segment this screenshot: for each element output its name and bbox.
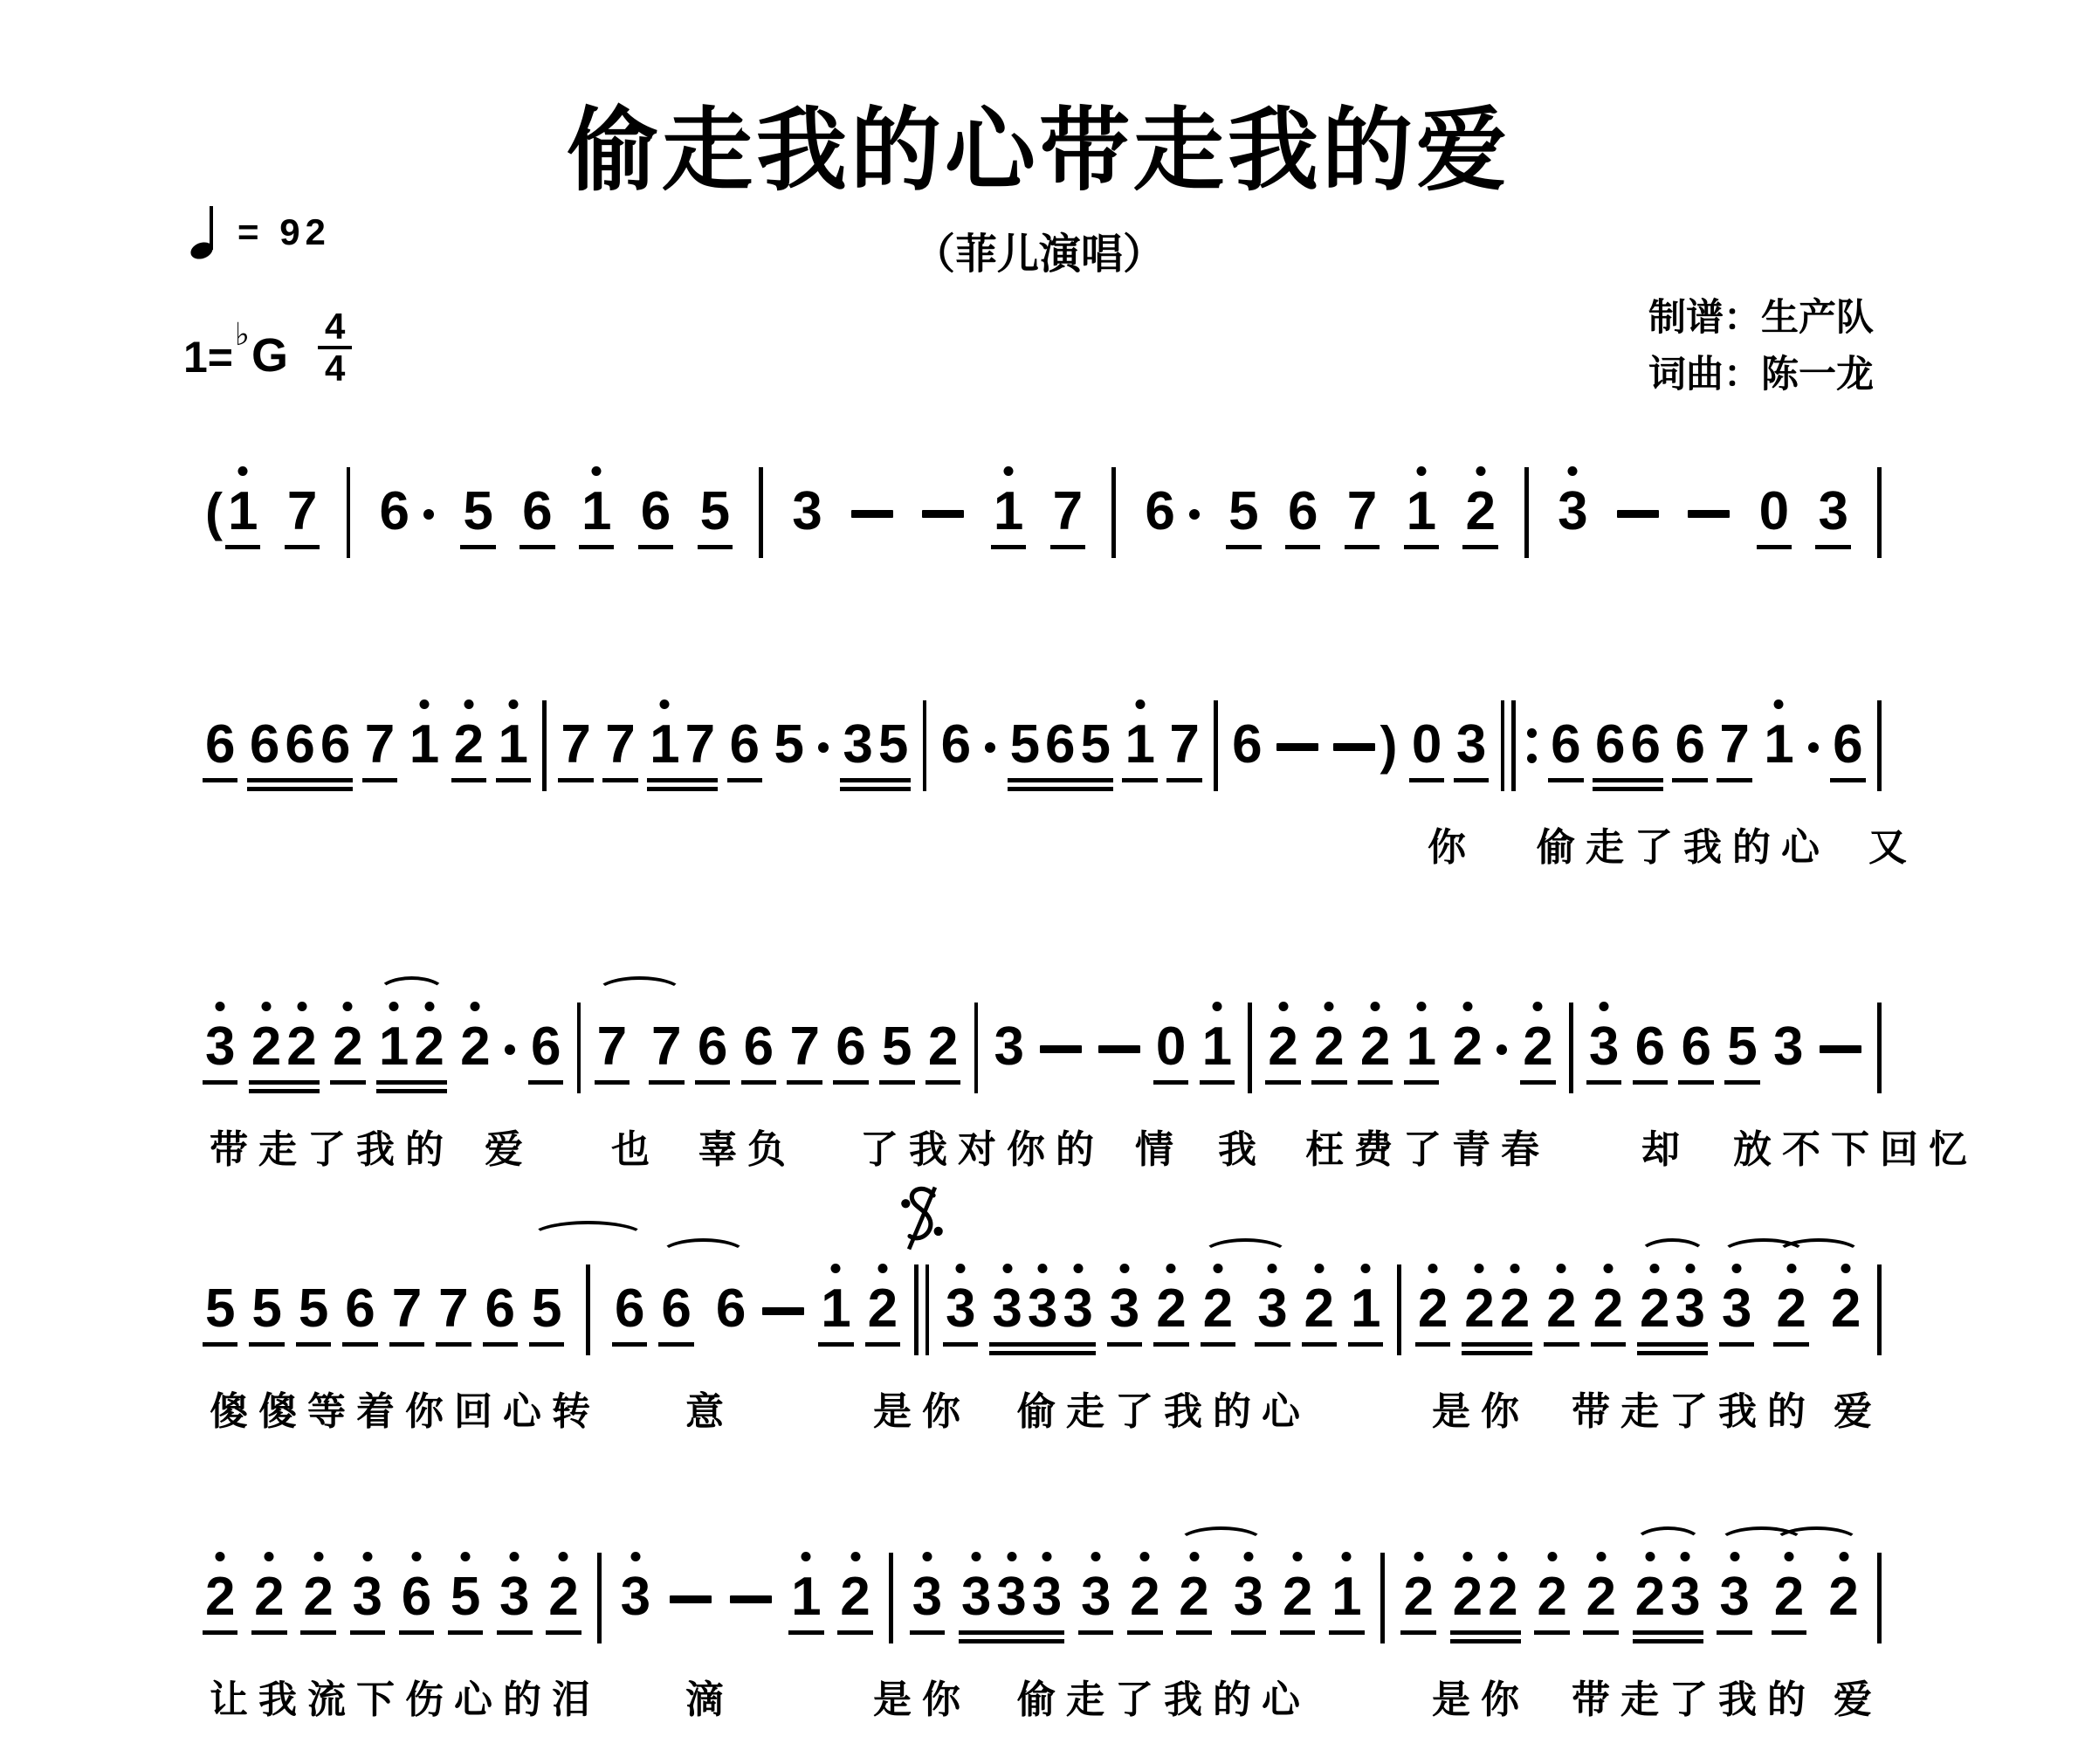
note-group: 66 [1595, 718, 1661, 772]
time-signature: 4 4 [318, 307, 352, 388]
octave-dot [1596, 1552, 1606, 1561]
credit-composer: 词曲：陈一龙 [1648, 347, 1874, 403]
note-digit: 2 [1831, 1282, 1861, 1336]
note-digit: 5 [1081, 718, 1111, 772]
underline [362, 778, 397, 782]
lyric-segment: 偷走了我的心 [1017, 1668, 1311, 1724]
barline [597, 1553, 602, 1643]
octave-dot [1498, 1552, 1508, 1561]
note-cell: 6 [402, 1570, 431, 1624]
duration-dash [1617, 510, 1659, 518]
note-cell: 2 [1776, 1282, 1806, 1336]
note-cell: 6 [1045, 718, 1075, 772]
note-cell: 2 [1203, 1282, 1233, 1336]
barline [1248, 1003, 1252, 1093]
note-digit: 6 [1232, 718, 1262, 772]
note-digit: 2 [1464, 1282, 1494, 1336]
note-cell: 6 [941, 718, 995, 772]
underline [203, 1630, 237, 1635]
note-cell: 5 [1081, 718, 1111, 772]
note-cell: 6 [641, 485, 671, 539]
note-cell: 3 [1257, 1282, 1287, 1336]
note-digit: 2 [1203, 1282, 1233, 1336]
note-digit: 6 [345, 1282, 375, 1336]
underline [528, 1080, 563, 1085]
note-digit: 2 [1546, 1282, 1576, 1336]
octave-dot [1042, 1552, 1052, 1561]
note-cell: 2 [840, 1570, 870, 1624]
lyric-segment: 爱 [1834, 1668, 1882, 1724]
slur-arc [1638, 1238, 1707, 1271]
octave-dot [1475, 1264, 1484, 1273]
note-digit: 6 [531, 1020, 561, 1074]
note-cell: 7 [789, 1020, 819, 1074]
notes-row: 66667121771765356565176)036666716 [205, 718, 1882, 772]
underline [818, 1342, 853, 1347]
octave-dot [1278, 1002, 1288, 1011]
note-digit: 2 [1523, 1020, 1552, 1074]
note-cell: 1 [379, 1020, 409, 1074]
underline [285, 545, 320, 549]
note-cell: 2 [1523, 1020, 1552, 1074]
octave-dot [1547, 1552, 1557, 1561]
octave-dot [1510, 1264, 1519, 1273]
octave-dot [1293, 1552, 1303, 1561]
note-digit: 2 [840, 1570, 870, 1624]
note-group: 77 [597, 1020, 682, 1074]
note-digit: 6 [1595, 718, 1625, 772]
note-cell: 2 [205, 1570, 235, 1624]
note-digit: 3 [1589, 1020, 1619, 1074]
lyric-segment: 爱 [1834, 1380, 1882, 1436]
underline [959, 1639, 1064, 1643]
duration-dash [922, 510, 964, 518]
note-digit: 2 [1465, 485, 1495, 539]
lyric-segment: 带走了我的 [1572, 1668, 1816, 1724]
underline [1724, 1080, 1759, 1085]
underline [1637, 1342, 1708, 1347]
octave-dot [1002, 1264, 1012, 1273]
note-digit: 6 [402, 1570, 431, 1624]
note-cell: 3 [1081, 1570, 1111, 1624]
note-cell: 3 [946, 1282, 975, 1336]
underline [1462, 1342, 1532, 1347]
underline [1400, 1630, 1435, 1635]
note-digit: 5 [1010, 718, 1040, 772]
underline [1008, 778, 1113, 782]
note-cell: 1 [1202, 1020, 1232, 1074]
barline [1877, 700, 1882, 791]
note-digit: 6 [522, 485, 552, 539]
underline [638, 545, 673, 549]
note-cell: 2 [1464, 1282, 1494, 1336]
note-cell: 6 [205, 718, 235, 772]
underline [1231, 1630, 1266, 1635]
note-cell: 6 [1145, 485, 1199, 539]
time-signature-bottom: 4 [318, 346, 352, 388]
underline [1348, 1342, 1383, 1347]
note-digit: 2 [286, 1020, 316, 1074]
slur-arc [659, 1238, 747, 1271]
lyric-segment: 偷走了我的心 [1017, 1380, 1311, 1436]
note-digit: 3 [621, 1570, 650, 1624]
underline [833, 1080, 868, 1085]
system-line-1: (17656165317656712303 [0, 485, 2078, 539]
octave-dot [216, 1552, 225, 1561]
note-digit: 7 [1169, 718, 1199, 772]
octave-dot [238, 466, 248, 476]
underline [865, 1342, 900, 1347]
octave-dot [831, 1264, 841, 1273]
slur-arc [530, 1221, 646, 1254]
note-cell: 1 [581, 485, 611, 539]
underline [249, 1080, 320, 1085]
flat-icon: ♭ [235, 317, 250, 353]
lyric-segment: 爱 [485, 1118, 533, 1174]
note-digit: 3 [1818, 485, 1847, 539]
note-digit: 6 [716, 1282, 746, 1336]
barline [923, 700, 927, 791]
underline [1404, 545, 1439, 549]
note-cell: 3 [1773, 1020, 1803, 1074]
underline [787, 1080, 822, 1085]
underline [350, 1630, 385, 1635]
barline [889, 1553, 893, 1643]
note-cell: 5 [532, 1282, 561, 1336]
note-digit: 6 [1288, 485, 1318, 539]
note-digit: 6 [1635, 1020, 1665, 1074]
note-cell: 6 [1635, 1020, 1665, 1074]
note-digit: 1 [994, 485, 1023, 539]
note-cell: 3 [1719, 1570, 1749, 1624]
octave-dot [362, 1552, 372, 1561]
note-digit: 1 [791, 1570, 821, 1624]
lyric-segment: 带走了我的 [210, 1118, 454, 1174]
note-digit: 1 [228, 485, 258, 539]
note-cell: 7 [597, 1020, 627, 1074]
underline [1815, 545, 1850, 549]
note-digit: 5 [532, 1282, 561, 1336]
augmentation-dot [1497, 1044, 1507, 1055]
note-digit: 3 [792, 485, 822, 539]
duration-dash [1040, 1045, 1082, 1053]
underline [658, 1342, 693, 1347]
note-cell: 2 [454, 718, 484, 772]
underline [612, 1342, 647, 1347]
duration-dash [1276, 743, 1318, 751]
underline [436, 1342, 471, 1347]
note-digit: 7 [1053, 485, 1083, 539]
underline [1050, 545, 1085, 549]
note-digit: 3 [1081, 1570, 1111, 1624]
octave-dot [1600, 1002, 1609, 1011]
note-digit: 6 [698, 1020, 727, 1074]
note-digit: 5 [299, 1282, 328, 1336]
underline [1717, 1630, 1751, 1635]
note-digit: 7 [605, 718, 635, 772]
note-cell: 2 [1586, 1570, 1615, 1624]
underline [1757, 545, 1792, 549]
note-digit: 2 [1488, 1570, 1517, 1624]
note-cell: 0 [1156, 1020, 1186, 1074]
note-digit: 6 [320, 718, 350, 772]
note-digit: 2 [254, 1570, 284, 1624]
slur-arc [1775, 1238, 1862, 1271]
underline [1719, 1342, 1754, 1347]
note-group: 23 [1179, 1570, 1263, 1624]
lyric-segment: 枉费了青春 [1305, 1118, 1550, 1174]
note-group: 23 [1635, 1570, 1701, 1624]
slur-arc [377, 976, 446, 1009]
underline [1593, 787, 1663, 791]
note-digit: 6 [1045, 718, 1075, 772]
note-cell: 2 [1488, 1570, 1517, 1624]
note-digit: 2 [1360, 1020, 1390, 1074]
note-digit: 1 [379, 1020, 409, 1074]
note-cell: 1 [1125, 718, 1154, 772]
underline [203, 778, 237, 782]
note-cell: 1 [499, 718, 528, 772]
underline [1107, 1342, 1142, 1347]
note-cell: 5 [1228, 485, 1258, 539]
underline [1586, 1080, 1621, 1085]
note-cell: 2 [1418, 1282, 1448, 1336]
octave-dot [972, 1552, 981, 1561]
octave-dot [262, 1002, 272, 1011]
note-cell: 2 [1283, 1570, 1312, 1624]
underline [1311, 1080, 1346, 1085]
note-digit: 5 [1228, 485, 1258, 539]
key-prefix: 1= [183, 335, 233, 379]
note-digit: 2 [548, 1570, 578, 1624]
note-group: 322 [1722, 1282, 1861, 1336]
note-cell: 3 [1063, 1282, 1092, 1336]
barline [1877, 1003, 1882, 1093]
note-cell: 3 [1110, 1282, 1139, 1336]
slur-arc [1177, 1526, 1265, 1560]
note-cell: 3 [1589, 1020, 1619, 1074]
octave-dot [1414, 1552, 1423, 1561]
note-group: 56 [532, 1264, 644, 1336]
underline [1678, 1080, 1713, 1085]
underline [1200, 1080, 1235, 1085]
note-cell: 2 [1403, 1570, 1433, 1624]
slur-arc [1634, 1526, 1703, 1560]
note-digit: 7 [597, 1020, 627, 1074]
note-cell: 5 [451, 1570, 480, 1624]
underline [251, 1630, 286, 1635]
note-digit: 2 [1776, 1282, 1806, 1336]
lyric-segment: 又 [1868, 816, 1917, 872]
note-cell: 6 [1232, 718, 1262, 772]
underline [1548, 778, 1583, 782]
underline [342, 1342, 377, 1347]
lyric-segment: 傻傻等着你回心转 [210, 1380, 601, 1436]
underline [247, 787, 353, 791]
underline [727, 778, 762, 782]
note-digit: 2 [454, 718, 484, 772]
octave-dot [1166, 1264, 1176, 1273]
octave-dot [1212, 1002, 1221, 1011]
note-cell: 3 [912, 1570, 942, 1624]
note-digit: 7 [1347, 485, 1377, 539]
note-cell: 6 [698, 1020, 727, 1074]
octave-dot [559, 1552, 568, 1561]
note-cell: 3 [961, 1570, 991, 1624]
underline [1285, 545, 1320, 549]
note-cell: 2 [1465, 485, 1495, 539]
note-digit: 6 [744, 1020, 774, 1074]
tempo-value: = 92 [237, 211, 331, 253]
note-digit: 6 [379, 485, 409, 539]
note-group: 12 [379, 1020, 444, 1074]
underline [925, 1080, 960, 1085]
underline [1637, 1351, 1708, 1355]
note-digit: 2 [928, 1020, 958, 1074]
octave-dot [922, 1552, 932, 1561]
note-cell: 3 [1558, 485, 1587, 539]
slur-arc [1772, 1526, 1860, 1560]
key-signature: 1=♭G 4 4 [183, 307, 352, 379]
lyric-segment: 带走了我的 [1572, 1380, 1816, 1436]
note-digit: 3 [1257, 1282, 1287, 1336]
octave-dot [1774, 699, 1784, 709]
note-group: 22 [1453, 1570, 1518, 1624]
note-cell: 5 [878, 718, 908, 772]
note-cell: 3 [996, 1570, 1026, 1624]
note-cell: 7 [1053, 485, 1083, 539]
note-cell: 7 [1719, 718, 1749, 772]
note-cell: 6 [1675, 718, 1704, 772]
octave-dot [1007, 1552, 1016, 1561]
note-digit: 1 [1351, 1282, 1380, 1336]
note-cell: 7 [651, 1020, 681, 1074]
note-cell: 2 [1453, 1570, 1483, 1624]
underline [1633, 1630, 1703, 1635]
underline [989, 1351, 1095, 1355]
page-title: 偷走我的心带走我的爱 [0, 77, 2078, 208]
note-digit: 2 [1418, 1282, 1448, 1336]
note-cell: 2 [1179, 1570, 1208, 1624]
note-cell: 7 [1347, 485, 1377, 539]
note-cell: 6 [1833, 718, 1862, 772]
underline [943, 1342, 978, 1347]
lyric-segment: 情 [1135, 1118, 1184, 1174]
underline [840, 787, 911, 791]
barline [1397, 1264, 1401, 1355]
note-digit: 7 [287, 485, 317, 539]
duration-dash [670, 1595, 712, 1603]
note-cell: 3 [205, 1020, 235, 1074]
underline [1345, 545, 1380, 549]
duration-dash [1333, 743, 1375, 751]
barline [1877, 467, 1882, 558]
underline [602, 778, 637, 782]
note-digit: 5 [878, 718, 908, 772]
note-group: (1 [205, 485, 258, 539]
duration-dash [730, 1595, 772, 1603]
note-cell: 5 [1727, 1020, 1757, 1074]
note-digit: 7 [392, 1282, 422, 1336]
note-digit: 3 [996, 1570, 1026, 1624]
underline [249, 1089, 320, 1093]
note-group: 66 [661, 1282, 746, 1336]
underline [1329, 1630, 1364, 1635]
note-cell: 0 [1412, 718, 1442, 772]
note-cell: 1 [409, 718, 439, 772]
note-cell: 2 [1156, 1282, 1186, 1336]
note-digit: 6 [1675, 718, 1704, 772]
tempo-marking: = 92 [190, 206, 331, 258]
underline [1176, 1630, 1211, 1635]
note-digit: 3 [843, 718, 872, 772]
octave-dot [802, 1552, 811, 1561]
credit-arranger: 制谱：生产队 [1648, 290, 1874, 347]
lyric-segment: 是你 [1432, 1380, 1530, 1436]
note-digit: 7 [789, 1020, 819, 1074]
note-digit: 1 [1407, 1020, 1436, 1074]
key-letter: G [251, 332, 288, 379]
underline [840, 778, 911, 782]
underline [1633, 1639, 1703, 1643]
parenthesis: ) [1380, 720, 1398, 772]
note-cell: 5 [251, 1282, 281, 1336]
note-digit: 3 [1719, 1570, 1749, 1624]
underline [879, 1080, 914, 1085]
underline [1226, 545, 1261, 549]
underline [1201, 1342, 1235, 1347]
underline [1773, 1342, 1808, 1347]
note-digit: 6 [1681, 1020, 1710, 1074]
note-cell: 1 [1764, 718, 1818, 772]
notes-row: (17656165317656712303 [205, 485, 1882, 539]
note-cell: 6 [836, 1020, 865, 1074]
octave-dot [411, 1552, 421, 1561]
segno-icon [898, 1183, 946, 1253]
note-cell: 6 [250, 718, 279, 772]
note-cell: 6 [1551, 718, 1580, 772]
octave-dot [510, 1552, 519, 1561]
double-barline [914, 1264, 929, 1355]
underline [741, 1080, 776, 1085]
underline [1127, 1630, 1162, 1635]
note-cell: 1 [1407, 485, 1436, 539]
note-digit: 0 [1759, 485, 1789, 539]
underline [203, 1342, 237, 1347]
underline [1450, 1630, 1521, 1635]
augmentation-dot [985, 742, 995, 753]
octave-dot [1325, 1002, 1334, 1011]
octave-dot [877, 1264, 887, 1273]
note-digit: 2 [460, 1020, 490, 1074]
note-group: 322 [1719, 1570, 1858, 1624]
lyric-segment: 是你 [873, 1380, 971, 1436]
note-digit: 5 [463, 485, 492, 539]
note-cell: 6 [531, 1020, 561, 1074]
quarter-note-icon [190, 206, 220, 258]
note-cell: 3 [353, 1570, 382, 1624]
note-digit: 7 [438, 1282, 468, 1336]
barline [586, 1264, 590, 1355]
barline [759, 467, 763, 558]
note-digit: 2 [1537, 1570, 1566, 1624]
note-digit: 6 [615, 1282, 644, 1336]
note-group: 333 [961, 1570, 1062, 1624]
note-cell: 2 [333, 1020, 362, 1074]
note-group: 22 [1464, 1282, 1530, 1336]
underline [247, 778, 353, 782]
note-digit: 5 [882, 1020, 912, 1074]
